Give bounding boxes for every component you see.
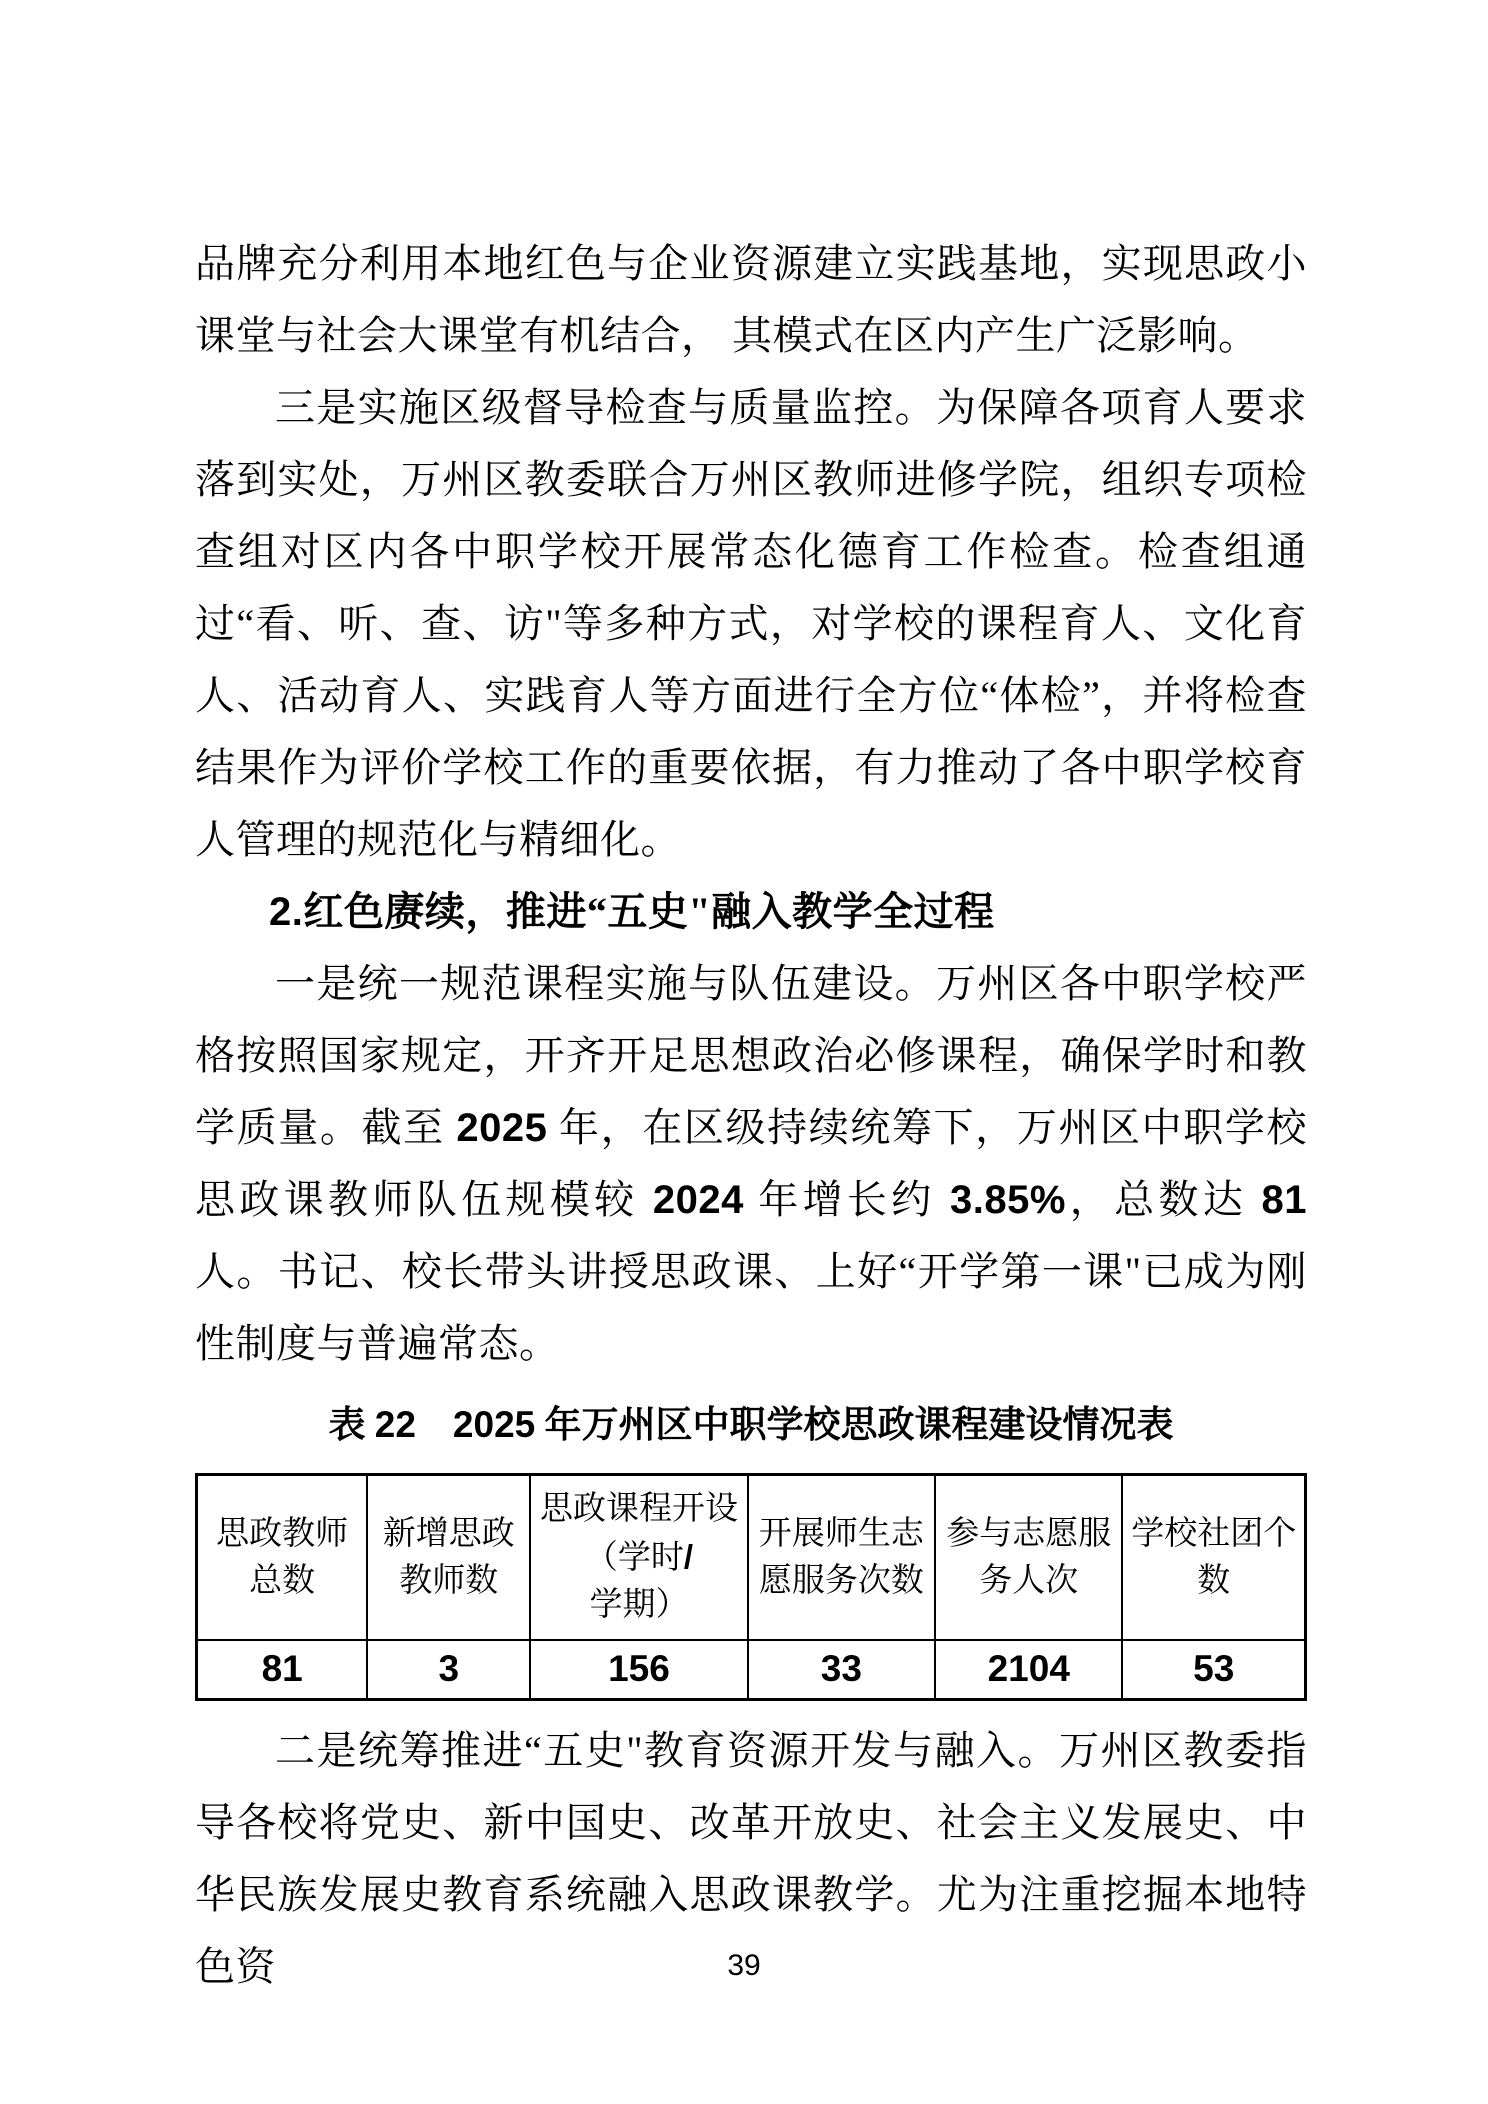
header-volunteer-activities: 开展师生志愿服务次数 — [748, 1475, 935, 1641]
numeric-run: 39 — [727, 1949, 760, 1982]
cell-course-hours: 156 — [530, 1640, 747, 1700]
header-total-teachers: 思政教师总数 — [197, 1475, 368, 1641]
paragraph-curriculum-standardization: 一是统一规范课程实施与队伍建设。万州区各中职学校严格按照国家规定，开齐开足思想政… — [195, 948, 1307, 1380]
header-volunteer-participants: 参与志愿服务人次 — [935, 1475, 1122, 1641]
numeric-run: 2025 — [456, 1106, 547, 1150]
header-new-teachers: 新增思政教师数 — [367, 1475, 530, 1641]
page-content: 品牌充分利用本地红色与企业资源建立实践基地，实现思政小课堂与社会大课堂有机结合，… — [195, 228, 1307, 2003]
numeric-run: 2024 — [653, 1178, 744, 1222]
numeric-run: 53 — [1193, 1648, 1234, 1689]
numeric-run: 2. — [269, 890, 303, 934]
section-heading-red-heritage: 2.红色赓续，推进“五史"融入教学全过程 — [195, 876, 1307, 948]
numeric-run: / — [684, 1538, 693, 1575]
numeric-run: 2025 — [453, 1404, 535, 1445]
paragraph-supervision-inspection: 三是实施区级督导检查与质量监控。为保障各项育人要求落到实处，万州区教委联合万州区… — [195, 372, 1307, 876]
document-page: 品牌充分利用本地红色与企业资源建立实践基地，实现思政小课堂与社会大课堂有机结合，… — [0, 0, 1488, 2104]
numeric-run: 156 — [608, 1648, 670, 1689]
numeric-run: 33 — [821, 1648, 862, 1689]
cell-school-clubs: 53 — [1122, 1640, 1305, 1700]
cell-volunteer-activities: 33 — [748, 1640, 935, 1700]
numeric-run: 81 — [1262, 1178, 1308, 1222]
header-school-clubs: 学校社团个数 — [1122, 1475, 1305, 1641]
table-data-row: 81 3 156 33 2104 53 — [197, 1640, 1306, 1700]
table-header-row: 思政教师总数 新增思政教师数 思政课程开设（学时/学期） 开展师生志愿服务次数 … — [197, 1475, 1306, 1641]
numeric-run: 22 — [375, 1404, 416, 1445]
numeric-run: 81 — [262, 1648, 303, 1689]
cell-volunteer-participants: 2104 — [935, 1640, 1122, 1700]
cell-new-teachers: 3 — [367, 1640, 530, 1700]
paragraph-brand-continuation: 品牌充分利用本地红色与企业资源建立实践基地，实现思政小课堂与社会大课堂有机结合，… — [195, 228, 1307, 372]
table-caption: 表 22 2025 年万州区中职学校思政课程建设情况表 — [195, 1396, 1307, 1455]
ideological-course-stats-table: 思政教师总数 新增思政教师数 思政课程开设（学时/学期） 开展师生志愿服务次数 … — [195, 1473, 1307, 1701]
page-number: 39 — [0, 1948, 1488, 1984]
numeric-run: 2104 — [988, 1648, 1070, 1689]
numeric-run: 3 — [439, 1648, 460, 1689]
header-course-hours: 思政课程开设（学时/学期） — [530, 1475, 747, 1641]
cell-total-teachers: 81 — [197, 1640, 368, 1700]
numeric-run: 3.85% — [950, 1178, 1066, 1222]
